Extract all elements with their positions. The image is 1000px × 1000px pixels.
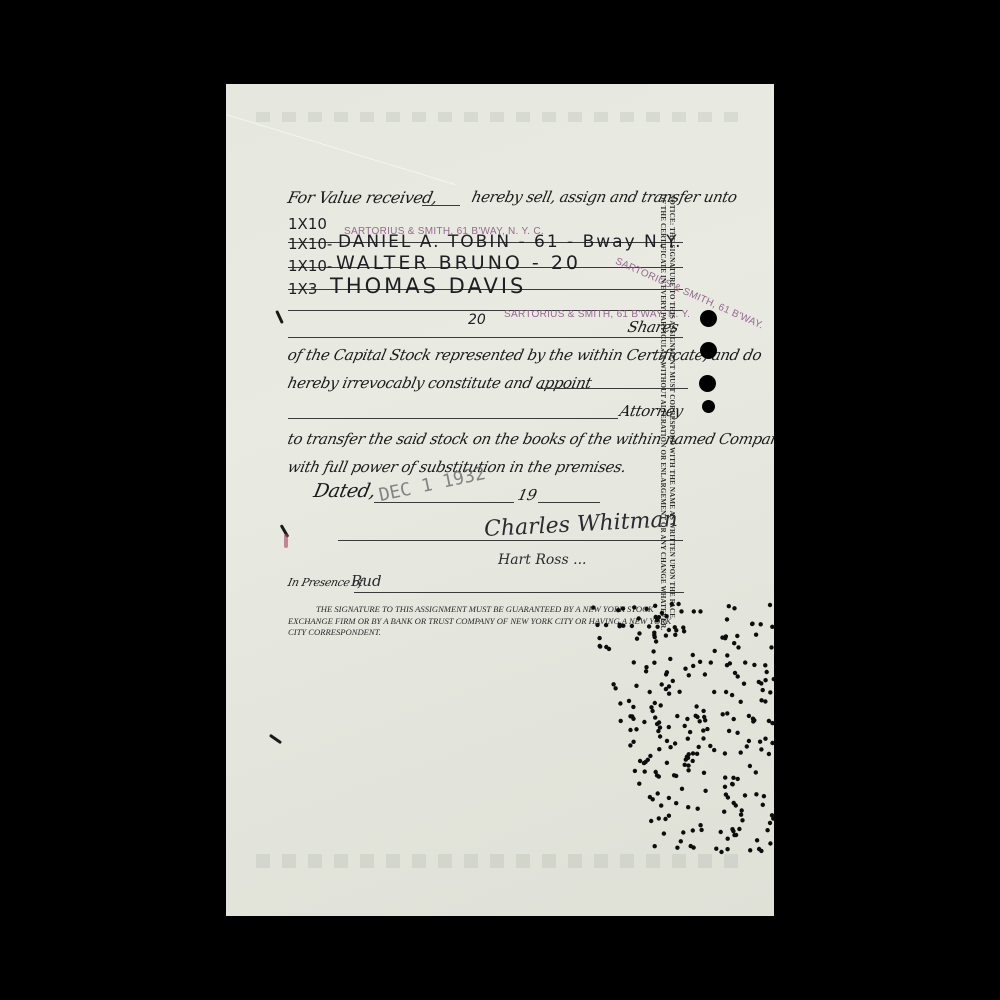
certificate-back: For Value received, hereby sell, assign … — [226, 84, 774, 916]
perforation-cancellation — [226, 84, 774, 916]
